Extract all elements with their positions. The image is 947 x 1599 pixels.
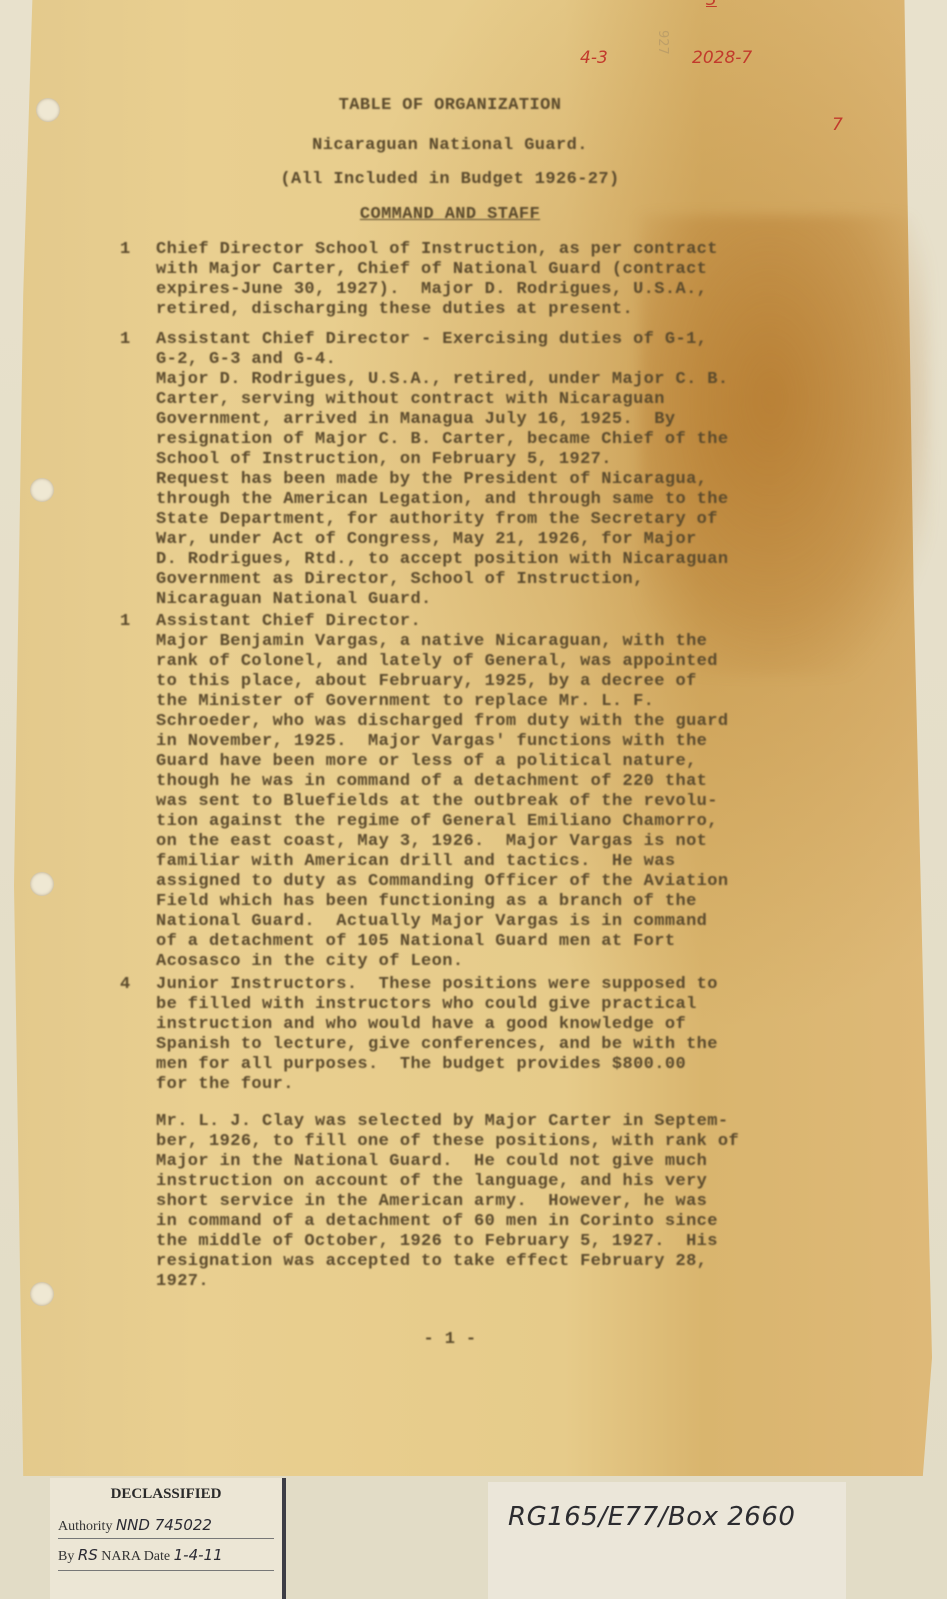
- entry-line: the Minister of Government to replace Mr…: [156, 692, 729, 712]
- entry-line: D. Rodrigues, Rtd., to accept position w…: [156, 550, 729, 570]
- divider: [58, 1538, 274, 1539]
- page-number: - 1 -: [0, 1330, 900, 1350]
- entry-line: State Department, for authority from the…: [156, 510, 729, 530]
- budget-note: (All Included in Budget 1926-27): [0, 170, 900, 190]
- entry-line: National Guard. Actually Major Vargas is…: [156, 912, 729, 932]
- entry-body: Chief Director School of Instruction, as…: [156, 240, 718, 320]
- entry-line: Mr. L. J. Clay was selected by Major Car…: [156, 1112, 739, 1132]
- by-row: By RS NARA Date 1-4-11: [58, 1546, 223, 1565]
- entry-line: the middle of October, 1926 to February …: [156, 1232, 739, 1252]
- entry-line: assigned to duty as Commanding Officer o…: [156, 872, 729, 892]
- nara-date-label: NARA Date: [101, 1549, 170, 1564]
- entry-line: short service in the American army. Howe…: [156, 1192, 739, 1212]
- entry-line: to this place, about February, 1925, by …: [156, 672, 729, 692]
- entry-line: through the American Legation, and throu…: [156, 490, 729, 510]
- entry-line: Acosasco in the city of Leon.: [156, 952, 729, 972]
- entry-line: though he was in command of a detachment…: [156, 772, 729, 792]
- entry-line: Carter, serving without contract with Ni…: [156, 390, 729, 410]
- entry-line: familiar with American drill and tactics…: [156, 852, 729, 872]
- by-label: By: [58, 1549, 74, 1564]
- entry-line: Field which has been functioning as a br…: [156, 892, 729, 912]
- entry-line: Schroeder, who was discharged from duty …: [156, 712, 729, 732]
- entry-line: Major D. Rodrigues, U.S.A., retired, und…: [156, 370, 729, 390]
- entry-body: Mr. L. J. Clay was selected by Major Car…: [156, 1112, 739, 1292]
- declassified-title: DECLASSIFIED: [50, 1486, 282, 1503]
- entry-line: Major Benjamin Vargas, a native Nicaragu…: [156, 632, 729, 652]
- entry-count: 1: [120, 612, 150, 632]
- entry-line: War, under Act of Congress, May 21, 1926…: [156, 530, 729, 550]
- section-heading: COMMAND AND STAFF: [0, 205, 900, 225]
- entry-count: 1: [120, 240, 150, 260]
- punch-hole: [30, 478, 54, 502]
- entry-line: Major in the National Guard. He could no…: [156, 1152, 739, 1172]
- authority-row: Authority NND 745022: [58, 1516, 212, 1535]
- by-value: RS: [78, 1546, 98, 1564]
- red-annotation-margin: 7: [832, 115, 843, 135]
- punch-hole: [30, 1282, 54, 1306]
- entry-line: Government, arrived in Managua July 16, …: [156, 410, 729, 430]
- entry-line: in command of a detachment of 60 men in …: [156, 1212, 739, 1232]
- entry-line: Government as Director, School of Instru…: [156, 570, 729, 590]
- entry-line: on the east coast, May 3, 1926. Major Va…: [156, 832, 729, 852]
- entry-line: was sent to Bluefields at the outbreak o…: [156, 792, 729, 812]
- document-title: TABLE OF ORGANIZATION: [0, 96, 900, 116]
- nara-date-value: 1-4-11: [174, 1546, 223, 1564]
- red-annotation-top: 3: [706, 0, 717, 10]
- entry-line: resignation was accepted to take effect …: [156, 1252, 739, 1272]
- entry-line: Guard have been more or less of a politi…: [156, 752, 729, 772]
- entry-line: rank of Colonel, and lately of General, …: [156, 652, 729, 672]
- entry-line: Assistant Chief Director.: [156, 612, 729, 632]
- entry-line: be filled with instructors who could giv…: [156, 995, 718, 1015]
- entry-line: Request has been made by the President o…: [156, 470, 729, 490]
- document-subtitle: Nicaraguan National Guard.: [0, 136, 900, 156]
- entry-line: resignation of Major C. B. Carter, becam…: [156, 430, 729, 450]
- entry-body: Assistant Chief Director.Major Benjamin …: [156, 612, 729, 972]
- punch-hole: [30, 872, 54, 896]
- entry-count: 1: [120, 330, 150, 350]
- archive-reference: RG165/E77/Box 2660: [508, 1502, 795, 1532]
- entry-line: expires-June 30, 1927). Major D. Rodrigu…: [156, 280, 718, 300]
- entry-body: Junior Instructors. These positions were…: [156, 975, 718, 1095]
- entry-line: ber, 1926, to fill one of these position…: [156, 1132, 739, 1152]
- entry-line: retired, discharging these duties at pre…: [156, 300, 718, 320]
- authority-label: Authority: [58, 1519, 112, 1534]
- entry-line: Nicaraguan National Guard.: [156, 590, 729, 610]
- entry-line: 1927.: [156, 1272, 739, 1292]
- red-annotation-ref-2: 2028-7: [692, 48, 752, 68]
- entry-line: Assistant Chief Director - Exercising du…: [156, 330, 729, 350]
- authority-value: NND 745022: [116, 1516, 212, 1534]
- entry-line: for the four.: [156, 1075, 718, 1095]
- entry-line: instruction and who would have a good kn…: [156, 1015, 718, 1035]
- declassification-stamp: DECLASSIFIED Authority NND 745022 By RS …: [50, 1478, 286, 1599]
- entry-line: Chief Director School of Instruction, as…: [156, 240, 718, 260]
- divider: [58, 1570, 274, 1571]
- entry-line: Junior Instructors. These positions were…: [156, 975, 718, 995]
- entry-line: G-2, G-3 and G-4.: [156, 350, 729, 370]
- entry-line: Spanish to lecture, give conferences, an…: [156, 1035, 718, 1055]
- entry-line: tion against the regime of General Emili…: [156, 812, 729, 832]
- entry-line: of a detachment of 105 National Guard me…: [156, 932, 729, 952]
- entry-line: instruction on account of the language, …: [156, 1172, 739, 1192]
- archive-label-card: RG165/E77/Box 2660: [488, 1482, 846, 1599]
- red-annotation-ref: 4-3: [580, 48, 608, 68]
- entry-line: men for all purposes. The budget provide…: [156, 1055, 718, 1075]
- entry-line: with Major Carter, Chief of National Gua…: [156, 260, 718, 280]
- entry-line: in November, 1925. Major Vargas' functio…: [156, 732, 729, 752]
- entry-line: School of Instruction, on February 5, 19…: [156, 450, 729, 470]
- entry-count: 4: [120, 975, 150, 995]
- entry-body: Assistant Chief Director - Exercising du…: [156, 330, 729, 610]
- faint-stamp-number: 927: [655, 30, 670, 55]
